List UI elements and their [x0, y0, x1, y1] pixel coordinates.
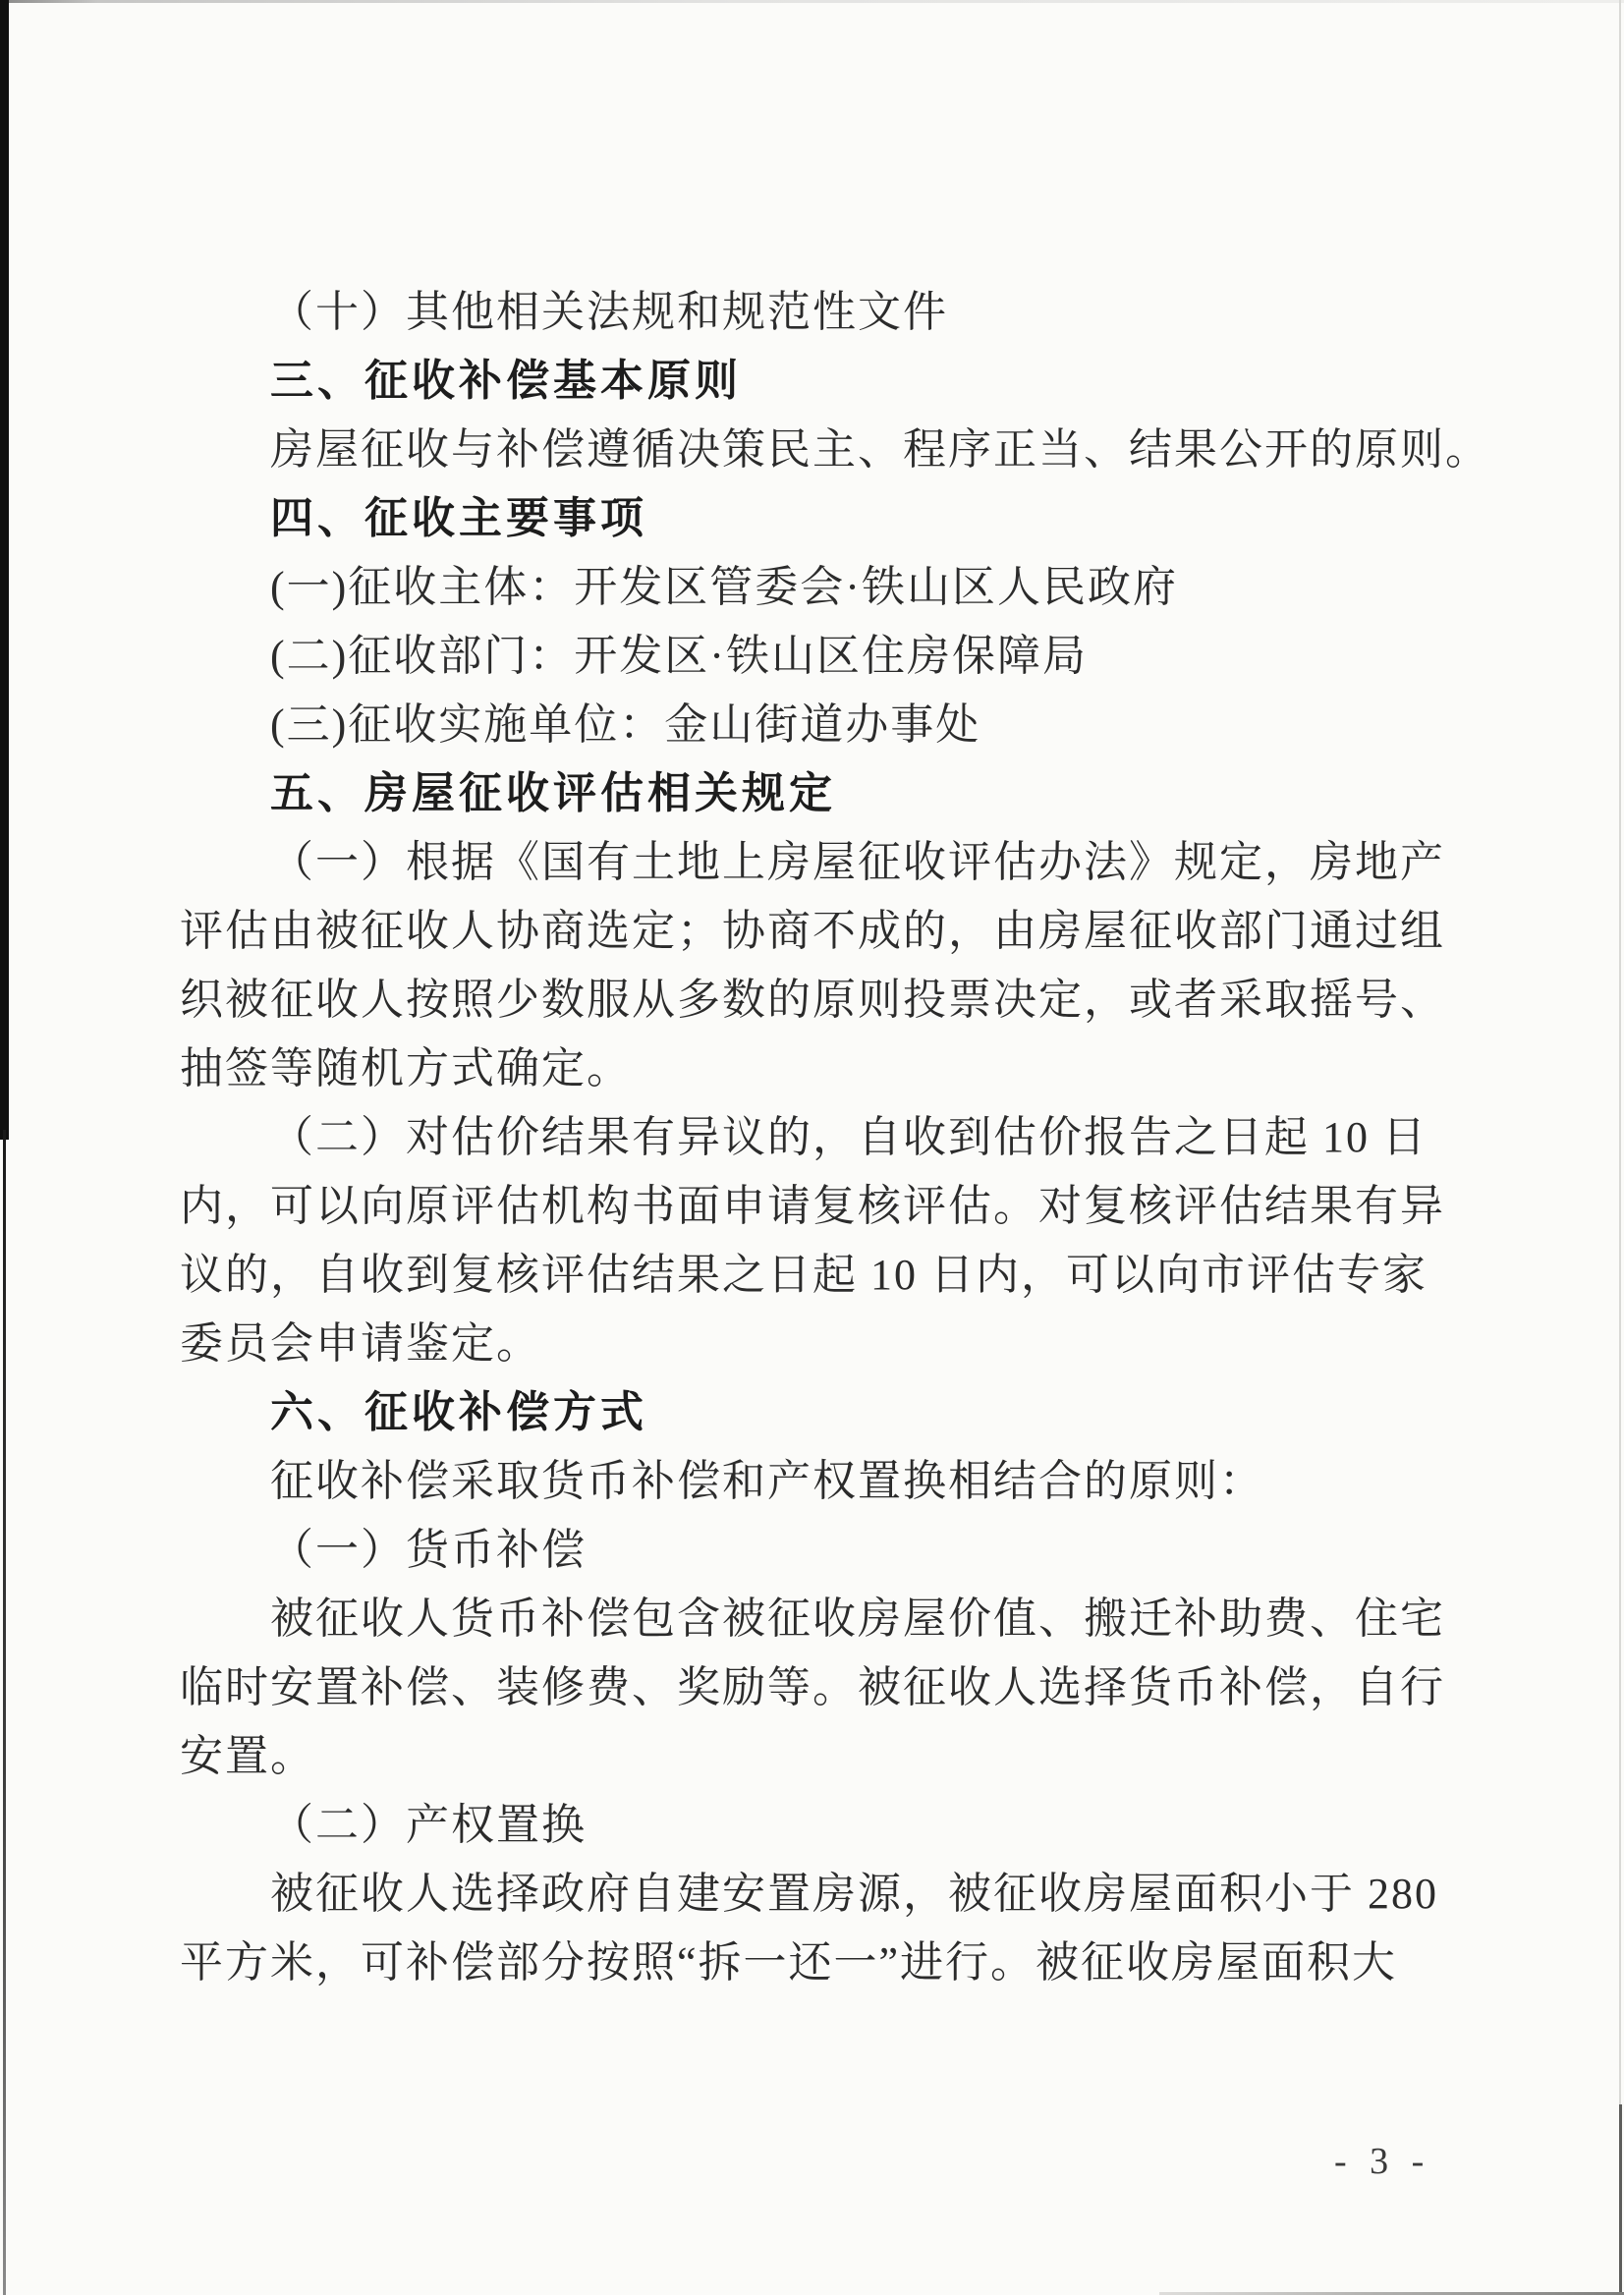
text-line: 征收补偿采取货币补偿和产权置换相结合的原则：: [180, 1447, 1491, 1516]
text-line: 委员会申请鉴定。: [180, 1310, 1491, 1378]
document-lines: （十）其他相关法规和规范性文件三、征收补偿基本原则房屋征收与补偿遵循决策民主、程…: [180, 278, 1491, 1997]
text-line: (二)征收部门：开发区·铁山区住房保障局: [180, 622, 1491, 691]
text-line: 被征收人选择政府自建安置房源，被征收房屋面积小于 280: [180, 1860, 1491, 1929]
text-line: （二）产权置换: [180, 1791, 1491, 1860]
scan-right-edge-dark-segment: [1619, 2104, 1622, 2295]
section-heading: 四、征收主要事项: [180, 484, 1491, 553]
page-number: - 3 -: [1334, 2140, 1430, 2183]
scanned-document-page: （十）其他相关法规和规范性文件三、征收补偿基本原则房屋征收与补偿遵循决策民主、程…: [0, 0, 1624, 2295]
scan-right-edge-line: [1619, 0, 1621, 2295]
text-line: (一)征收主体：开发区管委会·铁山区人民政府: [180, 553, 1491, 622]
text-line: （十）其他相关法规和规范性文件: [180, 278, 1491, 347]
text-line: 房屋征收与补偿遵循决策民主、程序正当、结果公开的原则。: [180, 416, 1491, 484]
text-line: 平方米，可补偿部分按照“拆一还一”进行。被征收房屋面积大: [180, 1929, 1491, 1997]
scan-left-edge-line: [3, 1130, 6, 2295]
text-line: (三)征收实施单位：金山街道办事处: [180, 691, 1491, 759]
text-line: （一）货币补偿: [180, 1516, 1491, 1585]
scan-left-binding-bar: [0, 0, 9, 1140]
section-heading: 三、征收补偿基本原则: [180, 347, 1491, 416]
text-line: 安置。: [180, 1722, 1491, 1791]
text-line: 织被征收人按照少数服从多数的原则投票决定，或者采取摇号、: [180, 966, 1491, 1035]
scan-top-edge-artifact: [0, 0, 1624, 3]
text-line: 被征收人货币补偿包含被征收房屋价值、搬迁补助费、住宅: [180, 1585, 1491, 1653]
text-line: 临时安置补偿、装修费、奖励等。被征收人选择货币补偿，自行: [180, 1653, 1491, 1722]
text-line: （二）对估价结果有异议的，自收到估价报告之日起 10 日: [180, 1103, 1491, 1172]
text-line: 评估由被征收人协商选定；协商不成的，由房屋征收部门通过组: [180, 897, 1491, 966]
section-heading: 五、房屋征收评估相关规定: [180, 759, 1491, 828]
text-line: 抽签等随机方式确定。: [180, 1035, 1491, 1103]
text-line: 议的，自收到复核评估结果之日起 10 日内，可以向市评估专家: [180, 1241, 1491, 1310]
section-heading: 六、征收补偿方式: [180, 1378, 1491, 1447]
text-line: 内，可以向原评估机构书面申请复核评估。对复核评估结果有异: [180, 1172, 1491, 1241]
text-line: （一）根据《国有土地上房屋征收评估办法》规定，房地产: [180, 828, 1491, 897]
